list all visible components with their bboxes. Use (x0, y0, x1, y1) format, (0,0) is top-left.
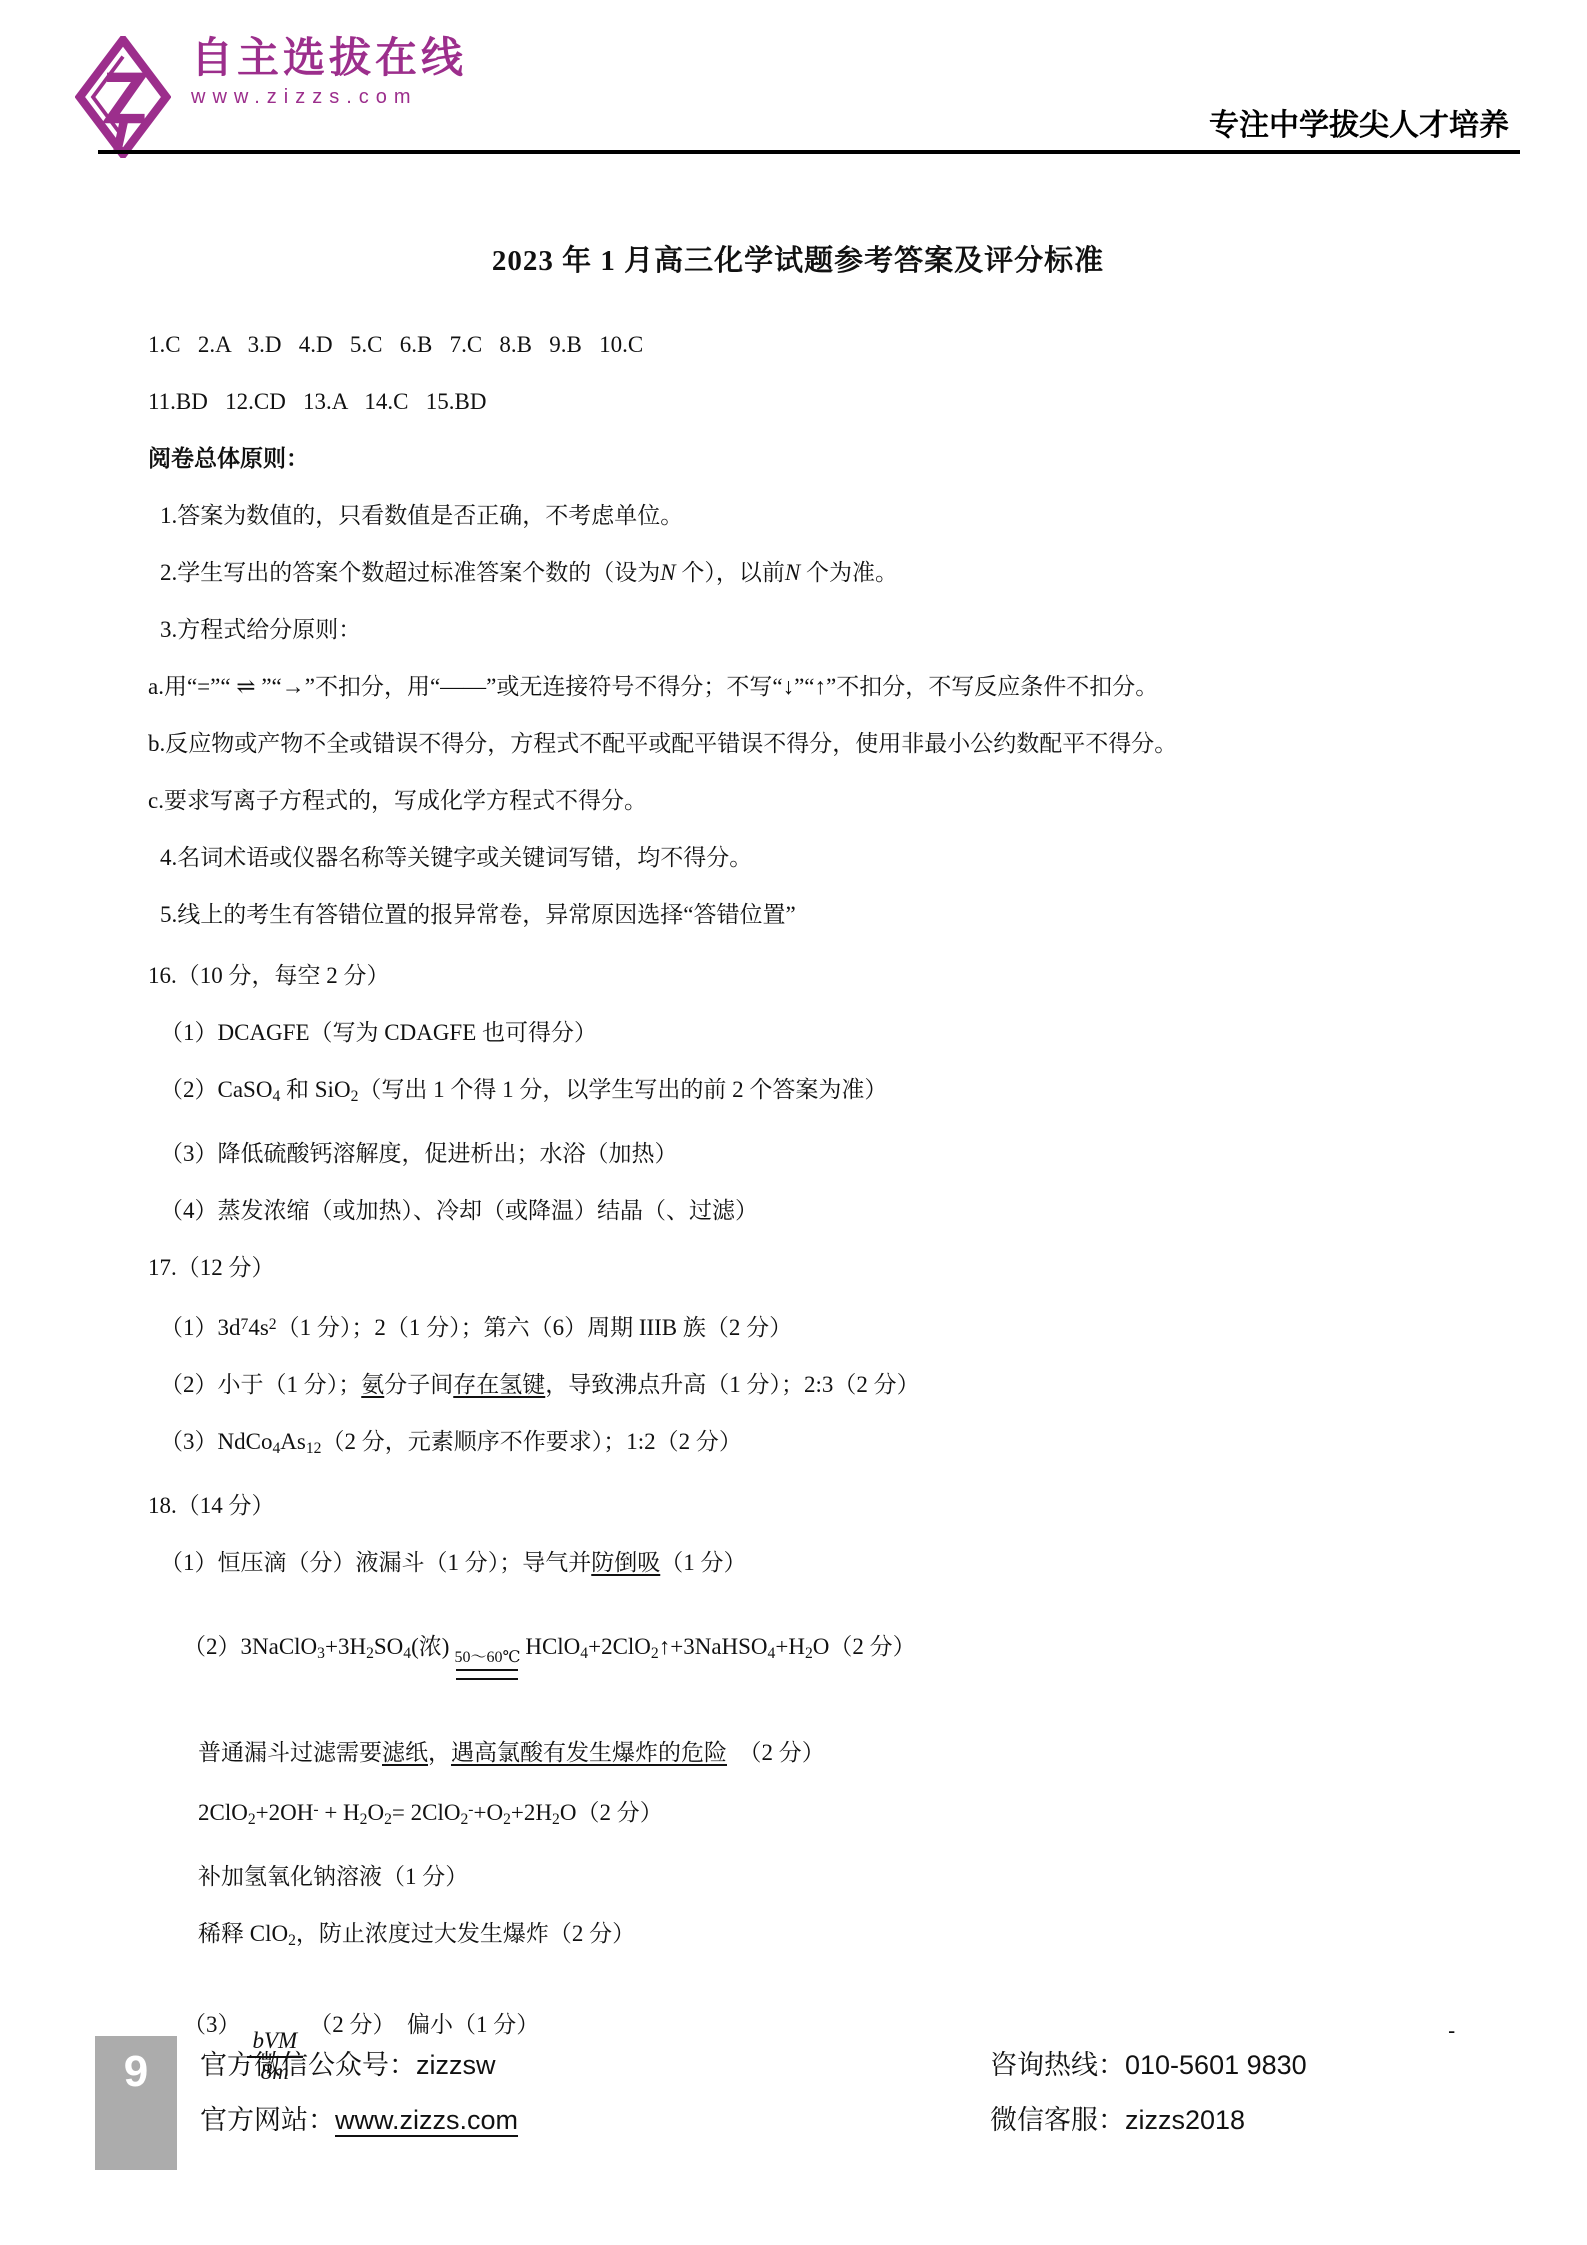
grading-item-3b: b.反应物或产物不全或错误不得分，方程式不配平或配平错误不得分，使用非最小公约数… (148, 730, 1448, 757)
brand-text-block: 自主选拔在线 www.zizzs.com (191, 36, 467, 109)
q18-answer-1: （1）恒压滴（分）液漏斗（1 分）；导气并防倒吸（1 分） (148, 1549, 1448, 1576)
brand-logo-diamond-icon (75, 36, 171, 158)
q18-header: 18.（14 分） (148, 1492, 1448, 1519)
kefu-label: 微信客服： (990, 2105, 1125, 2135)
grading-item-2: 2.学生写出的答案个数超过标准答案个数的（设为N 个），以前N 个为准。 (148, 559, 1448, 586)
choice-answers-row-2: 11.BD 12.CD 13.A 14.C 15.BD (148, 388, 1448, 415)
q16-answer-2: （2）CaSO4 和 SiO2（写出 1 个得 1 分，以学生写出的前 2 个答… (148, 1076, 1448, 1110)
grading-item-4: 4.名词术语或仪器名称等关键字或关键词写错，均不得分。 (148, 844, 1448, 871)
footer-right-column: 咨询热线：010-5601 9830 微信客服：zizzs2018 (990, 2046, 1307, 2156)
q16-answer-3: （3）降低硫酸钙溶解度，促进析出；水浴（加热） (148, 1140, 1448, 1167)
hotline-line: 咨询热线：010-5601 9830 (990, 2046, 1307, 2084)
header-divider (98, 150, 1520, 154)
hotline-value: 010-5601 9830 (1125, 2050, 1307, 2080)
brand-logo: 自主选拔在线 www.zizzs.com (75, 36, 467, 158)
q17-header: 17.（12 分） (148, 1254, 1448, 1281)
grading-item-1: 1.答案为数值的，只看数值是否正确，不考虑单位。 (148, 502, 1448, 529)
stray-mark: - (1448, 2018, 1455, 2044)
q18-answer-2d: 补加氢氧化钠溶液（1 分） (148, 1863, 1448, 1890)
double-line-equals-icon (456, 1669, 518, 1680)
wechat-official-line: 官方微信公众号：zizzsw (200, 2046, 518, 2084)
q18-answer-2e: 稀释 ClO2，防止浓度过大发生爆炸（2 分） (148, 1920, 1448, 1954)
page-number-badge: 9 (95, 2036, 177, 2170)
grading-item-3c: c.要求写离子方程式的，写成化学方程式不得分。 (148, 787, 1448, 814)
page-title: 2023 年 1 月高三化学试题参考答案及评分标准 (148, 248, 1448, 275)
reaction-condition-label: 50～60℃ (454, 1650, 520, 1666)
page-number: 9 (95, 2050, 177, 2094)
q16-answer-1: （1）DCAGFE（写为 CDAGFE 也可得分） (148, 1019, 1448, 1046)
footer-left-column: 官方微信公众号：zizzsw 官方网站：www.zizzs.com (200, 2046, 518, 2156)
hotline-label: 咨询热线： (990, 2050, 1125, 2080)
q16-answer-4: （4）蒸发浓缩（或加热）、冷却（或降温）结晶（、过滤） (148, 1197, 1448, 1224)
q18-answer-3-prefix: （3） (183, 2012, 241, 2037)
equation-lhs: （2）3NaClO3+3H2SO4(浓) (183, 1634, 449, 1659)
wechat-service-line: 微信客服：zizzs2018 (990, 2101, 1307, 2139)
grading-item-5: 5.线上的考生有答错位置的报异常卷，异常原因选择“答错位置” (148, 901, 1448, 928)
choice-answers-row-1: 1.C 2.A 3.D 4.D 5.C 6.B 7.C 8.B 9.B 10.C (148, 331, 1448, 358)
grading-item-3a: a.用“=”“ ⇌ ”“→”不扣分，用“——”或无连接符号不得分；不写“↓”“↑… (148, 673, 1448, 700)
brand-tagline: 专注中学拔尖人才培养 (1209, 100, 1509, 144)
wechat-label: 官方微信公众号： (200, 2050, 416, 2080)
wechat-value: zizzsw (416, 2050, 496, 2080)
q17-answer-3: （3）NdCo4As12（2 分，元素顺序不作要求）；1:2（2 分） (148, 1428, 1448, 1462)
equation-rhs: HClO4+2ClO2↑+3NaHSO4+H2O（2 分） (525, 1634, 915, 1659)
q18-answer-2c: 2ClO2+2OH- + H2O2= 2ClO2-+O2+2H2O（2 分） (148, 1796, 1448, 1833)
brand-name: 自主选拔在线 (191, 36, 467, 82)
site-label: 官方网站： (200, 2105, 335, 2135)
website-line: 官方网站：www.zizzs.com (200, 2101, 518, 2139)
grading-item-3: 3.方程式给分原则： (148, 616, 1448, 643)
kefu-value: zizzs2018 (1125, 2105, 1245, 2135)
q18-answer-2b: 普通漏斗过滤需要滤纸，遇高氯酸有发生爆炸的危险 （2 分） (148, 1739, 1448, 1766)
q17-answer-2: （2）小于（1 分）；氨分子间存在氢键，导致沸点升高（1 分）；2:3（2 分） (148, 1371, 1448, 1398)
reaction-condition: 50～60℃ (454, 1650, 520, 1680)
grading-principles-heading: 阅卷总体原则： (148, 445, 1448, 472)
site-link[interactable]: www.zizzs.com (335, 2105, 518, 2135)
q18-answer-3-suffix: （2 分） 偏小（1 分） (309, 2012, 539, 2037)
q18-equation-line: （2）3NaClO3+3H2SO4(浓)50～60℃HClO4+2ClO2↑+3… (148, 1606, 1448, 1707)
brand-url: www.zizzs.com (191, 86, 467, 109)
q17-answer-1: （1）3d74s2（1 分）；2（1 分）；第六（6）周期 IIIB 族（2 分… (148, 1311, 1448, 1341)
document-body: 2023 年 1 月高三化学试题参考答案及评分标准 1.C 2.A 3.D 4.… (148, 248, 1448, 2143)
q16-header: 16.（10 分，每空 2 分） (148, 962, 1448, 989)
